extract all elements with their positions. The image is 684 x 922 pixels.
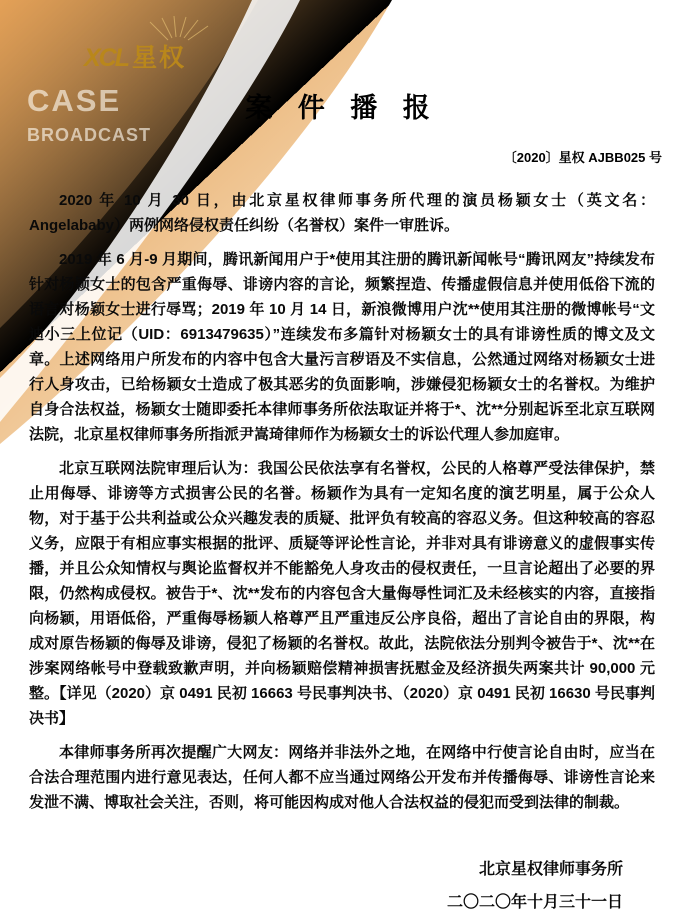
firm-logo-mark-icon: XCL — [84, 44, 128, 73]
page-title: 案 件 播 报 — [0, 86, 684, 125]
firm-logo: XCL 星权 — [84, 38, 186, 74]
case-broadcast-page: XCL 星权 CASE BROADCAST 案 件 播 报 〔2020〕星权 A… — [0, 0, 684, 922]
document-content: 案 件 播 报 〔2020〕星权 AJBB025 号 2020 年 10 月 3… — [0, 86, 684, 919]
document-body: 2020 年 10 月 30 日，由北京星权律师事务所代理的演员杨颖女士（英文名… — [0, 188, 684, 919]
logo-rays-icon — [150, 16, 208, 40]
doc-number: 〔2020〕星权 AJBB025 号 — [0, 147, 684, 166]
signature-date: 二〇二〇年十月三十一日 — [29, 886, 623, 919]
firm-logo-name: 星权 — [132, 38, 186, 74]
signature-firm: 北京星权律师事务所 — [29, 853, 623, 886]
paragraph-case-facts: 2019 年 6 月-9 月期间，腾讯新闻用户于*使用其注册的腾讯新闻帐号“腾讯… — [29, 247, 655, 447]
paragraph-reminder: 本律师事务所再次提醒广大网友：网络并非法外之地，在网络中行使言论自由时，应当在合… — [29, 740, 655, 815]
paragraph-intro: 2020 年 10 月 30 日，由北京星权律师事务所代理的演员杨颖女士（英文名… — [29, 188, 655, 238]
paragraph-court-ruling: 北京互联网法院审理后认为：我国公民依法享有名誉权，公民的人格尊严受法律保护，禁止… — [29, 456, 655, 731]
signature-block: 北京星权律师事务所 二〇二〇年十月三十一日 — [29, 853, 655, 919]
